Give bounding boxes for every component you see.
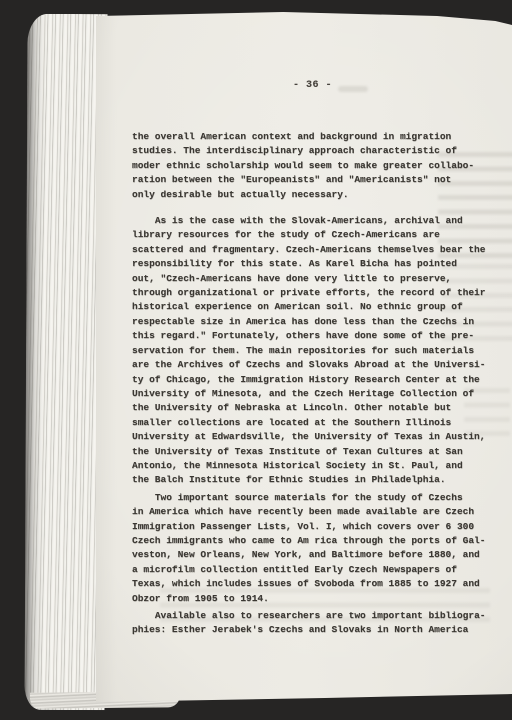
scanned-book-photo: - 36 - the overall American context and … bbox=[0, 0, 512, 720]
paragraph: Two important source materials for the s… bbox=[132, 491, 504, 606]
paragraph: Available also to researchers are two im… bbox=[132, 609, 504, 638]
paragraph: the overall American context and backgro… bbox=[132, 130, 504, 202]
book-page-edges-stack bbox=[24, 14, 107, 710]
book-page: - 36 - the overall American context and … bbox=[96, 12, 512, 704]
page-number: - 36 - bbox=[96, 80, 512, 91]
body-text: the overall American context and backgro… bbox=[132, 130, 504, 641]
paragraph: As is the case with the Slovak-Americans… bbox=[132, 214, 504, 488]
